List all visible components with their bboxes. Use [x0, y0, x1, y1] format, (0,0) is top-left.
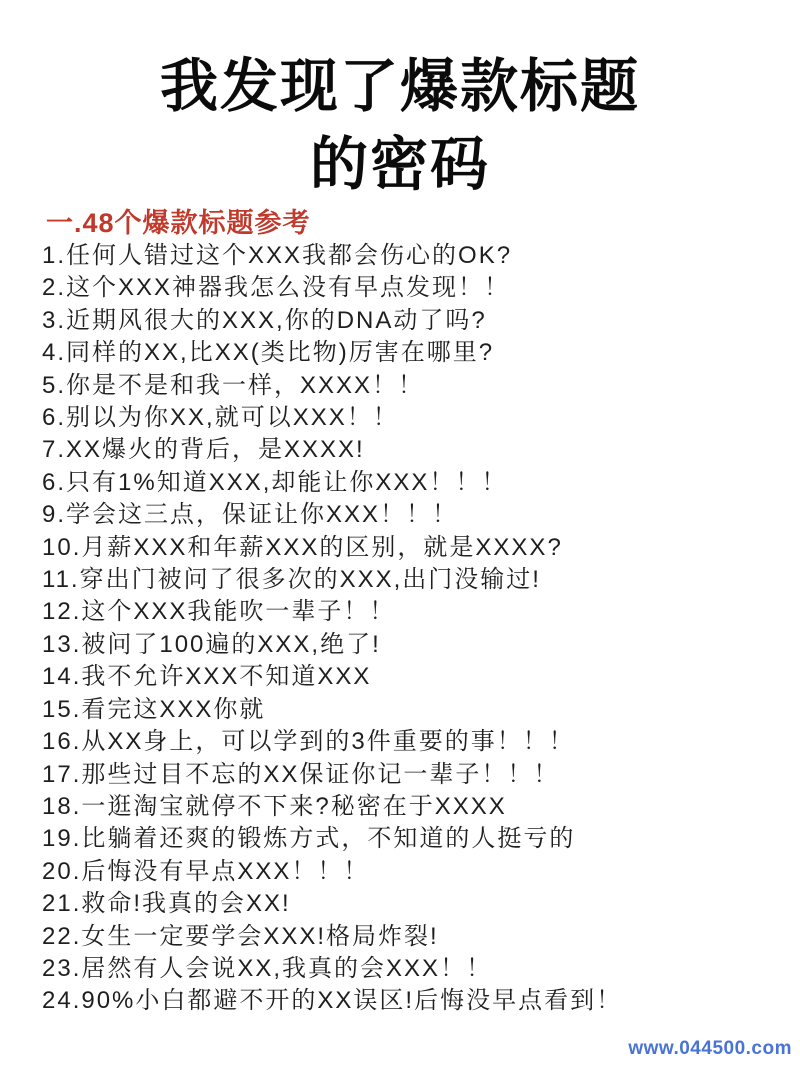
- poster-page: 我发现了爆款标题 的密码 一.48个爆款标题参考 1.任何人错过这个XXX我都会…: [0, 0, 800, 1069]
- page-title-line-2: 的密码: [0, 126, 800, 204]
- list-item: 11.穿出门被问了很多次的XXX,出门没输过!: [42, 564, 800, 596]
- list-item: 6.别以为你XX,就可以XXX！！: [42, 402, 800, 434]
- list-item: 6.只有1%知道XXX,却能让你XXX！！！: [42, 467, 800, 499]
- watermark-url: www.044500.com: [628, 1038, 792, 1060]
- list-item: 14.我不允许XXX不知道XXX: [42, 661, 800, 693]
- list-item: 9.学会这三点，保证让你XXX！！！: [42, 499, 800, 531]
- list-item: 21.救命!我真的会XX!: [42, 888, 800, 920]
- list-item: 24.90%小白都避不开的XX误区!后悔没早点看到！: [42, 985, 800, 1017]
- list-item: 17.那些过目不忘的XX保证你记一辈子！！！: [42, 759, 800, 791]
- list-item: 2.这个XXX神器我怎么没有早点发现！！: [42, 272, 800, 304]
- list-item: 5.你是不是和我一样，XXXX！！: [42, 370, 800, 402]
- list-item: 1.任何人错过这个XXX我都会伤心的OK?: [42, 240, 800, 272]
- list-item: 15.看完这XXX你就: [42, 694, 800, 726]
- list-item: 19.比躺着还爽的锻炼方式，不知道的人挺亏的: [42, 823, 800, 855]
- list-item: 23.居然有人会说XX,我真的会XXX！！: [42, 953, 800, 985]
- list-item: 12.这个XXX我能吹一辈子！！: [42, 596, 800, 628]
- section-heading: 一.48个爆款标题参考: [46, 206, 800, 240]
- list-item: 20.后悔没有早点XXX！！！: [42, 856, 800, 888]
- page-title-line-1: 我发现了爆款标题: [0, 48, 800, 126]
- list-item: 7.XX爆火的背后，是XXXX!: [42, 434, 800, 466]
- list-item: 18.一逛淘宝就停不下来?秘密在于XXXX: [42, 791, 800, 823]
- list-item: 10.月薪XXX和年薪XXX的区别，就是XXXX?: [42, 532, 800, 564]
- list-item: 22.女生一定要学会XXX!格局炸裂!: [42, 921, 800, 953]
- list-item: 16.从XX身上，可以学到的3件重要的事！！！: [42, 726, 800, 758]
- list-item: 4.同样的XX,比XX(类比物)厉害在哪里?: [42, 337, 800, 369]
- list-item: 3.近期风很大的XXX,你的DNA动了吗?: [42, 305, 800, 337]
- list-item: 13.被问了100遍的XXX,绝了!: [42, 629, 800, 661]
- page-title: 我发现了爆款标题 的密码: [0, 0, 800, 204]
- title-list: 1.任何人错过这个XXX我都会伤心的OK? 2.这个XXX神器我怎么没有早点发现…: [42, 240, 800, 1018]
